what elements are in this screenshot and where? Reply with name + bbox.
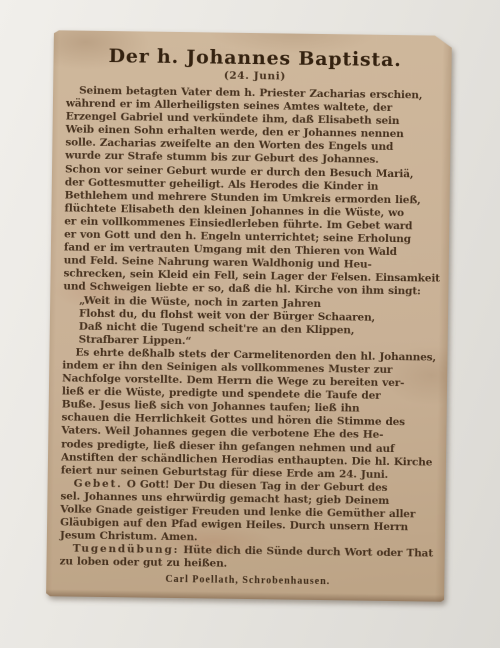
biography-paragraph-1: Seinem betagten Vater dem h. Priester Za… [63, 84, 443, 299]
card-shadow: Der h. Johannes Baptista. (24. Juni) Sei… [46, 30, 452, 602]
hymn-verse: „Weit in die Wüste, noch in zarten Jahre… [79, 294, 441, 351]
biography-paragraph-2: Es ehrte deßhalb stets der Carmelitenord… [61, 346, 440, 482]
virtue-label: Tugendübung: [73, 543, 180, 556]
prayer-paragraph: Gebet. O Gott! Der Du diesen Tag in der … [60, 477, 438, 548]
virtue-paragraph: Tugendübung: Hüte dich die Sünde durch W… [59, 543, 436, 574]
publisher-imprint: Carl Poellath, Schrobenhausen. [59, 573, 436, 589]
holy-card: Der h. Johannes Baptista. (24. Juni) Sei… [46, 30, 452, 602]
prayer-label: Gebet. [74, 477, 123, 490]
card-text-block: Der h. Johannes Baptista. (24. Juni) Sei… [59, 37, 444, 589]
photo-background: Der h. Johannes Baptista. (24. Juni) Sei… [0, 0, 500, 648]
